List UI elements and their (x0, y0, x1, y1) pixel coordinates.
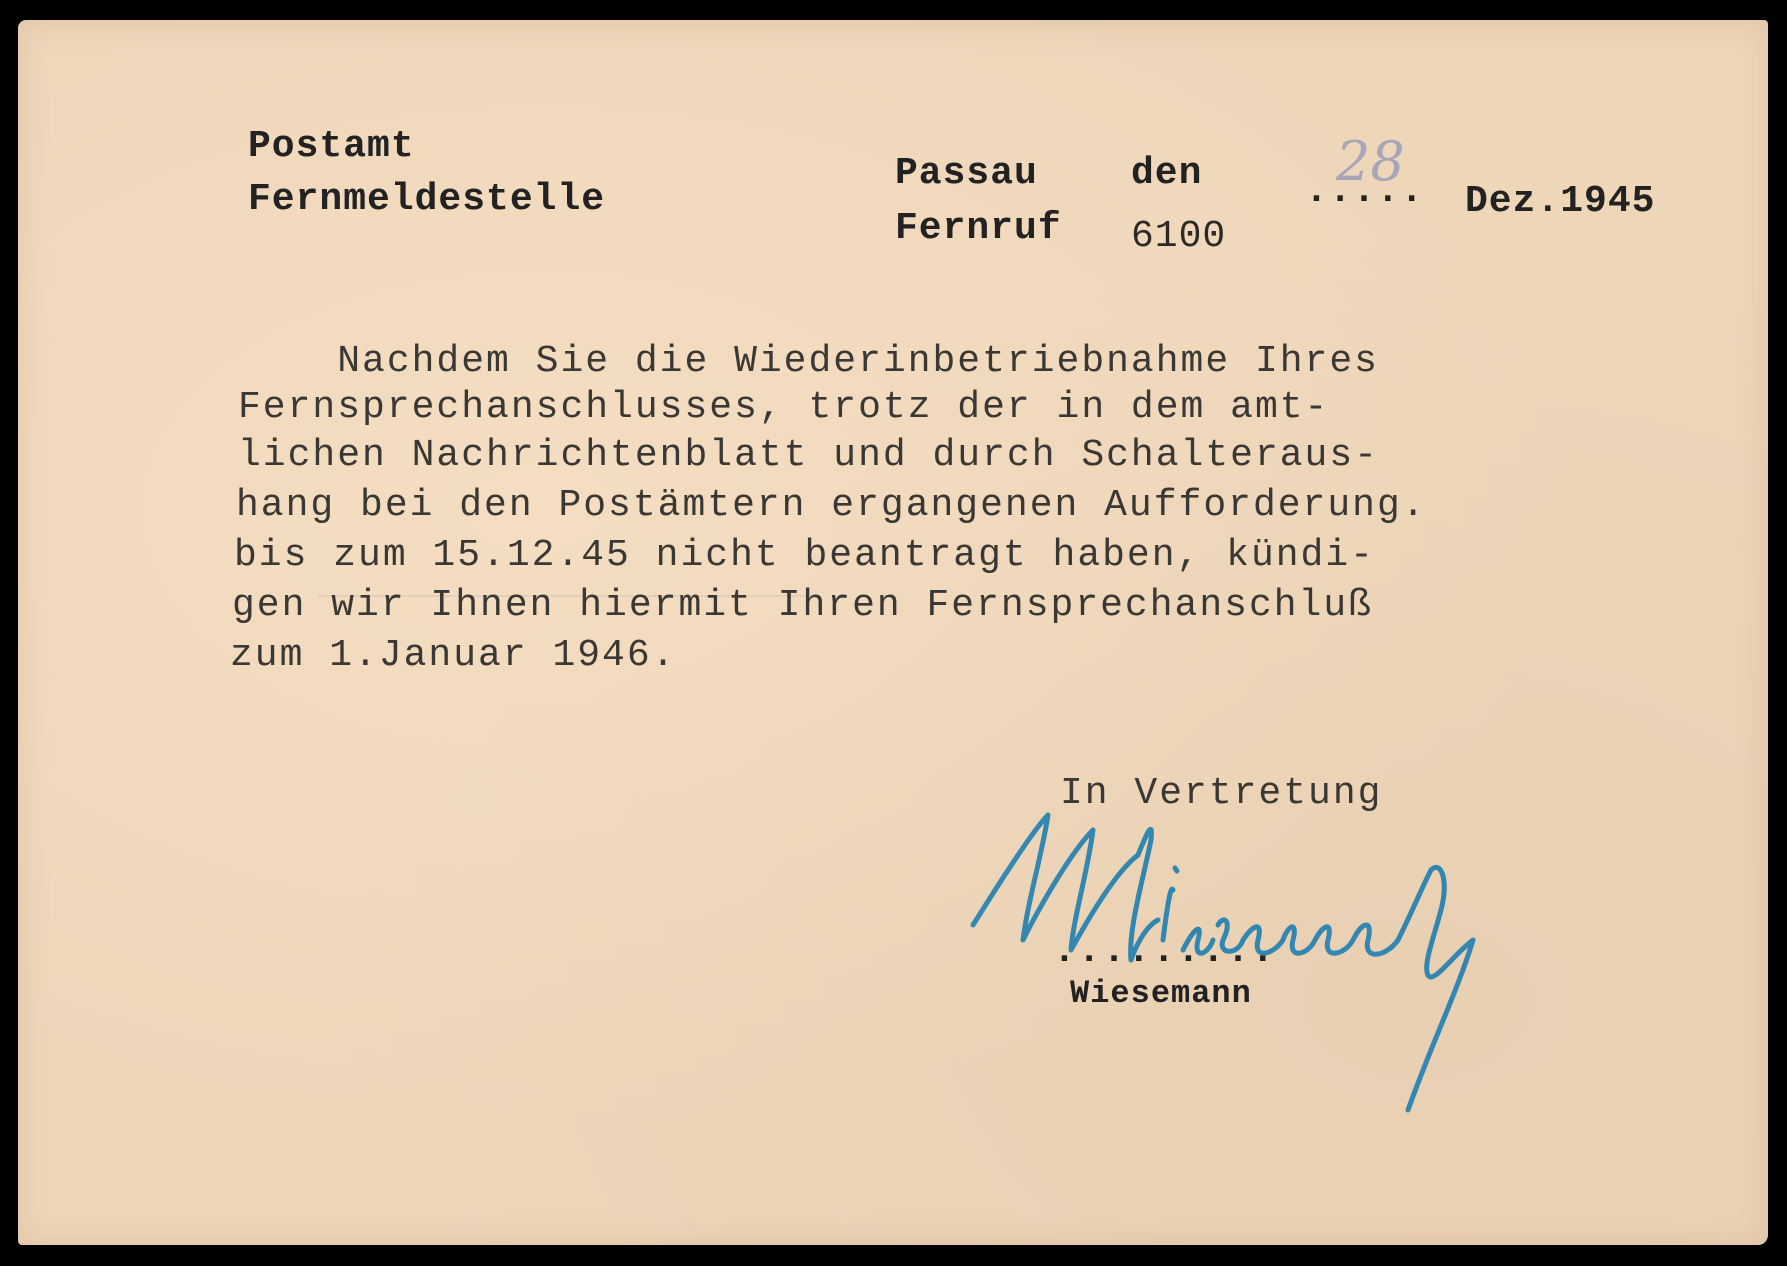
body-line-7: zum 1.Januar 1946. (230, 632, 676, 680)
handwritten-signature-icon (953, 790, 1713, 1130)
body-line-5: bis zum 15.12.45 nicht beantragt haben, … (234, 532, 1375, 580)
body-line-3: lichen Nachrichtenblatt und durch Schalt… (238, 432, 1379, 480)
phone-number: 6100 (1131, 215, 1226, 258)
handwritten-day: 28 (1336, 130, 1405, 193)
postcard: Postamt Fernmeldestelle Passau den .....… (18, 20, 1768, 1245)
sender-line-2: Fernmeldestelle (248, 178, 605, 221)
body-line-4: hang bei den Postämtern ergangenen Auffo… (236, 482, 1427, 530)
body-line-1: Nachdem Sie die Wiederinbetriebnahme Ihr… (238, 338, 1379, 386)
date-month-year: Dez.1945 (1465, 180, 1655, 223)
sender-line-1: Postamt (248, 125, 415, 168)
body-line-6: gen wir Ihnen hiermit Ihren Fernsprechan… (232, 582, 1373, 630)
phone-label: Fernruf (895, 207, 1062, 250)
place-name: Passau (895, 152, 1038, 195)
date-den: den (1131, 152, 1202, 195)
body-line-2: Fernsprechanschlusses, trotz der in dem … (238, 384, 1329, 432)
